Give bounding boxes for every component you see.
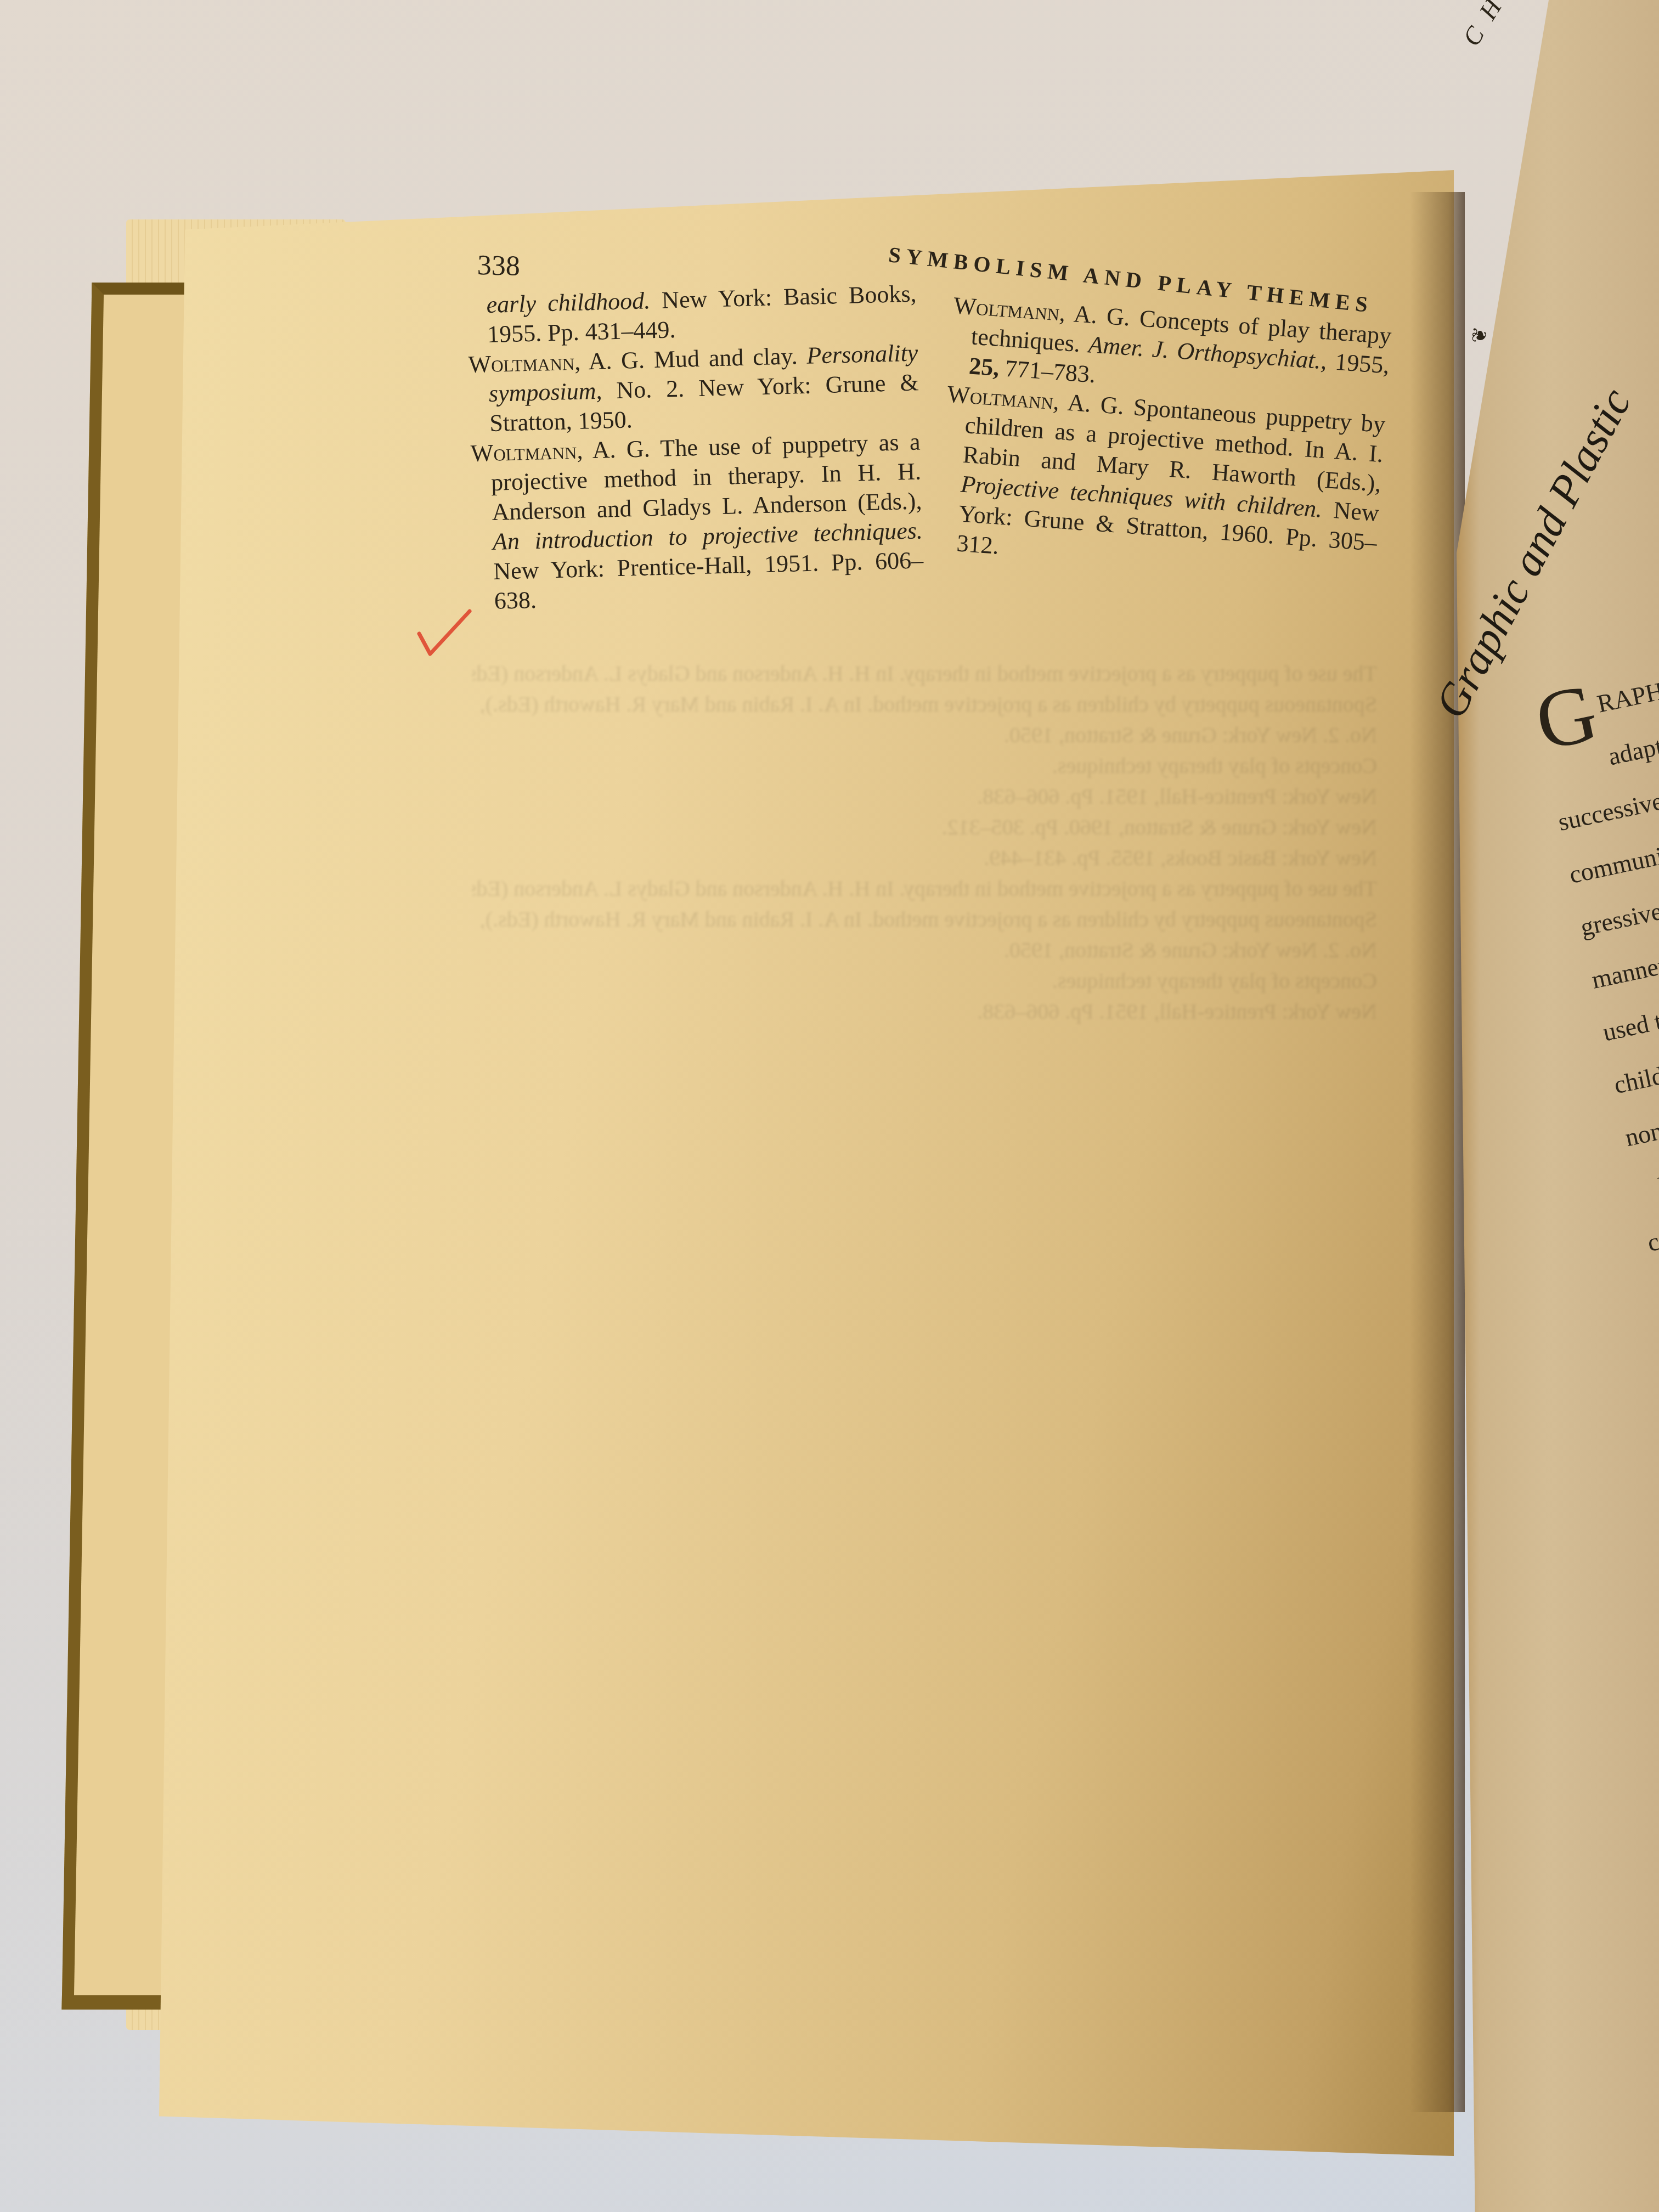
ghost-line: No. 2. New York: Grune & Stratton, 1950. (472, 720, 1377, 751)
ghost-line: Concepts of play therapy techniques. (472, 966, 1377, 996)
references-column-right: Woltmann, A. G. Concepts of play therapy… (936, 291, 1392, 588)
reference-author: Woltmann, A. G. (468, 347, 645, 378)
ornament-icon: ❦ (1467, 325, 1493, 345)
ghost-line: Spontaneous puppetry by children as a pr… (472, 904, 1377, 935)
body-line-text: RAPHIC (1595, 672, 1659, 718)
book-photo: The use of puppetry as a projective meth… (0, 0, 1659, 2212)
ghost-line: New York: Prentice-Hall, 1951. Pp. 606–6… (472, 781, 1377, 812)
ghost-line: New York: Grune & Stratton, 1960. Pp. 30… (472, 812, 1377, 843)
show-through-text: The use of puppetry as a projective meth… (472, 658, 1377, 1920)
ghost-line: Spontaneous puppetry by children as a pr… (472, 689, 1377, 720)
reference-title: early childhood. (486, 287, 651, 318)
reference-entry: Woltmann, A. G. Spontaneous puppetry by … (936, 380, 1386, 588)
red-check-mark-icon (417, 609, 472, 658)
reference-author: Woltmann, A. G. (470, 435, 650, 467)
book-gutter (1410, 192, 1465, 2112)
ghost-line: The use of puppetry as a projective meth… (472, 873, 1377, 904)
reference-pages: 771–783. (1005, 355, 1097, 388)
page-number: 338 (477, 249, 521, 283)
references-column-left: early childhood. New York: Basic Books, … (466, 279, 924, 617)
reference-entry: Woltmann, A. G. Mud and clay. Personalit… (468, 338, 920, 438)
reference-entry: Woltmann, A. G. The use of puppetry as a… (470, 427, 924, 616)
ghost-line: New York: Basic Books, 1955. Pp. 431–449… (472, 843, 1377, 873)
drop-cap: G (1531, 679, 1602, 755)
ghost-line: New York: Prentice-Hall, 1951. Pp. 606–6… (472, 996, 1377, 1027)
reference-publication: New York: Prentice-Hall, 1951. Pp. 606–6… (493, 546, 924, 614)
ghost-line: Concepts of play therapy techniques. (472, 751, 1377, 781)
reference-year: 1955, (1334, 348, 1390, 379)
ghost-line: No. 2. New York: Grune & Stratton, 1950. (472, 935, 1377, 966)
ghost-line: The use of puppetry as a projective meth… (472, 658, 1377, 689)
reference-volume: 25, (968, 352, 1000, 381)
reference-text: Mud and clay. (653, 342, 798, 373)
reference-entry: early childhood. New York: Basic Books, … (466, 279, 918, 350)
